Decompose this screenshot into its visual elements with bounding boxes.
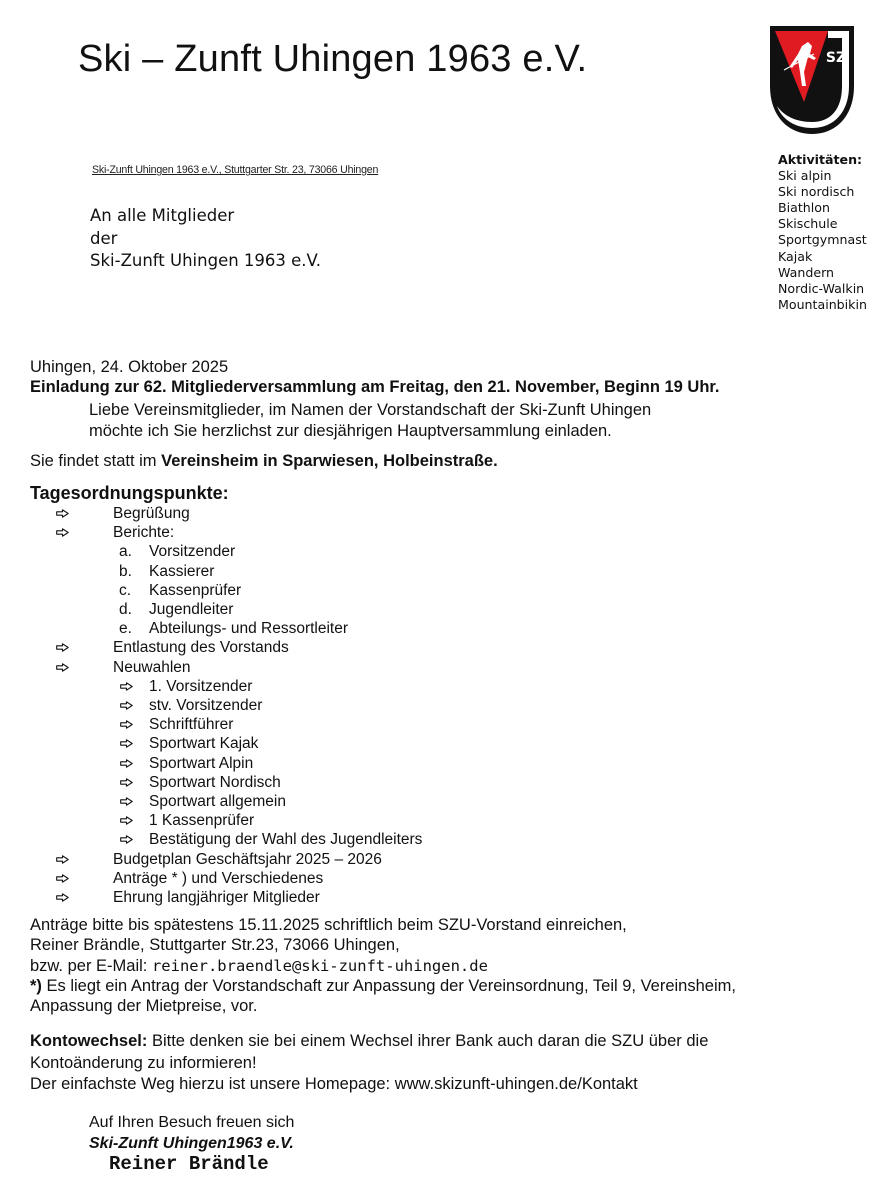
signoff-line: Auf Ihren Besuch freuen sich xyxy=(89,1112,294,1133)
agenda-subitem: Jugendleiter xyxy=(149,600,233,619)
arrow-right-outline-icon xyxy=(120,811,134,830)
account-change-notice: Kontowechsel: Bitte denken sie bei einem… xyxy=(30,1031,708,1096)
arrow-right-outline-icon xyxy=(56,504,70,523)
venue-name: Vereinsheim in Sparwiesen, Holbeinstraße… xyxy=(161,452,498,470)
signoff-name: Reiner Brändle xyxy=(89,1154,294,1175)
agenda-item: Anträge * ) und Verschiedenes xyxy=(113,869,323,888)
email-prefix: bzw. per E-Mail: xyxy=(30,957,152,975)
election-item: 1 Kassenprüfer xyxy=(149,811,254,830)
motion-note: *) Es liegt ein Antrag der Vorstandschaf… xyxy=(30,976,736,996)
letter-date: Uhingen, 24. Oktober 2025 xyxy=(30,358,228,377)
homepage-link[interactable]: www.skizunft-uhingen.de/Kontakt xyxy=(395,1075,638,1093)
greeting-paragraph: Liebe Vereinsmitglieder, im Namen der Vo… xyxy=(89,400,651,442)
activity-item: Mountainbikin xyxy=(778,297,867,313)
arrow-right-outline-icon xyxy=(56,658,70,677)
venue-line: Sie findet statt im Vereinsheim in Sparw… xyxy=(30,452,498,471)
email-address[interactable]: reiner.braendle@ski-zunft-uhingen.de xyxy=(152,957,488,975)
election-item: Sportwart Alpin xyxy=(149,754,253,773)
club-title: Ski – Zunft Uhingen 1963 e.V. xyxy=(78,38,587,81)
arrow-right-outline-icon xyxy=(56,888,70,907)
agenda-subitem: Kassenprüfer xyxy=(149,581,241,600)
arrow-right-outline-icon xyxy=(120,773,134,792)
homepage-line: Der einfachste Weg hierzu ist unsere Hom… xyxy=(30,1074,708,1096)
venue-prefix: Sie findet statt im xyxy=(30,452,161,470)
agenda-subitem: Kassierer xyxy=(149,562,214,581)
election-item: Sportwart Nordisch xyxy=(149,773,281,792)
greeting-line: möchte ich Sie herzlichst zur diesjährig… xyxy=(89,421,651,442)
activity-item: Nordic-Walkin xyxy=(778,281,867,297)
konto-line: Kontowechsel: Bitte denken sie bei einem… xyxy=(30,1031,708,1053)
arrow-right-outline-icon xyxy=(120,734,134,753)
invitation-heading: Einladung zur 62. Mitgliederversammlung … xyxy=(30,378,720,397)
arrow-right-outline-icon xyxy=(56,638,70,657)
konto-text: Bitte denken sie bei einem Wechsel ihrer… xyxy=(147,1032,708,1050)
konto-label: Kontowechsel: xyxy=(30,1032,147,1050)
agenda-subitem: Vorsitzender xyxy=(149,542,235,561)
activity-item: Skischule xyxy=(778,216,867,232)
activity-item: Wandern xyxy=(778,265,867,281)
agenda-item: Ehrung langjähriger Mitglieder xyxy=(113,888,320,907)
arrow-right-outline-icon xyxy=(56,869,70,888)
recipient-line: der xyxy=(90,228,321,251)
arrow-right-outline-icon xyxy=(120,792,134,811)
motion-note-cont: Anpassung der Mietpreise, vor. xyxy=(30,996,736,1016)
activity-item: Biathlon xyxy=(778,200,867,216)
sender-address-line: Ski-Zunft Uhingen 1963 e.V., Stuttgarter… xyxy=(92,164,378,176)
arrow-right-outline-icon xyxy=(120,677,134,696)
note-text: Es liegt ein Antrag der Vorstandschaft z… xyxy=(42,977,736,995)
logo-letter-s: SZ xyxy=(826,50,846,66)
agenda-item: Neuwahlen xyxy=(113,658,191,677)
arrow-right-outline-icon xyxy=(120,830,134,849)
election-item: stv. Vorsitzender xyxy=(149,696,262,715)
election-item: Schriftführer xyxy=(149,715,233,734)
arrow-right-outline-icon xyxy=(120,715,134,734)
election-item: Sportwart Kajak xyxy=(149,734,258,753)
recipient-block: An alle Mitglieder der Ski-Zunft Uhingen… xyxy=(90,205,321,273)
homepage-prefix: Der einfachste Weg hierzu ist unsere Hom… xyxy=(30,1075,395,1093)
activities-heading: Aktivitäten: xyxy=(778,152,867,168)
agenda-subitem: Abteilungs- und Ressortleiter xyxy=(149,619,348,638)
submission-line: Anträge bitte bis spätestens 15.11.2025 … xyxy=(30,915,736,935)
recipient-line: An alle Mitglieder xyxy=(90,205,321,228)
activities-list: Aktivitäten: Ski alpin Ski nordisch Biat… xyxy=(778,152,867,313)
konto-line-2: Kontoänderung zu informieren! xyxy=(30,1053,708,1075)
agenda-subitem-marker: b. xyxy=(119,562,132,581)
activity-item: Ski nordisch xyxy=(778,184,867,200)
email-line: bzw. per E-Mail: reiner.braendle@ski-zun… xyxy=(30,956,736,976)
election-item: Sportwart allgemein xyxy=(149,792,286,811)
agenda-item: Begrüßung xyxy=(113,504,190,523)
club-crest-skier-icon: SZ xyxy=(768,24,856,136)
submission-address: Reiner Brändle, Stuttgarter Str.23, 7306… xyxy=(30,935,736,955)
activity-item: Kajak xyxy=(778,249,867,265)
recipient-line: Ski-Zunft Uhingen 1963 e.V. xyxy=(90,250,321,273)
arrow-right-outline-icon xyxy=(56,850,70,869)
election-item: Bestätigung der Wahl des Jugendleiters xyxy=(149,830,422,849)
agenda-title: Tagesordnungspunkte: xyxy=(30,483,229,504)
arrow-right-outline-icon xyxy=(56,523,70,542)
agenda-item: Entlastung des Vorstands xyxy=(113,638,289,657)
activity-item: Ski alpin xyxy=(778,168,867,184)
election-item: 1. Vorsitzender xyxy=(149,677,252,696)
arrow-right-outline-icon xyxy=(120,696,134,715)
arrow-right-outline-icon xyxy=(120,754,134,773)
agenda-subitem-marker: d. xyxy=(119,600,132,619)
agenda-subitem-marker: e. xyxy=(119,619,132,638)
note-marker: *) xyxy=(30,977,42,995)
signoff-block: Auf Ihren Besuch freuen sich Ski-Zunft U… xyxy=(89,1112,294,1175)
activity-item: Sportgymnast xyxy=(778,232,867,248)
agenda-item: Budgetplan Geschäftsjahr 2025 – 2026 xyxy=(113,850,382,869)
submission-info: Anträge bitte bis spätestens 15.11.2025 … xyxy=(30,915,736,1016)
agenda-subitem-marker: c. xyxy=(119,581,131,600)
agenda-item: Berichte: xyxy=(113,523,174,542)
greeting-line: Liebe Vereinsmitglieder, im Namen der Vo… xyxy=(89,400,651,421)
signoff-org: Ski-Zunft Uhingen1963 e.V. xyxy=(89,1133,294,1154)
agenda-subitem-marker: a. xyxy=(119,542,132,561)
